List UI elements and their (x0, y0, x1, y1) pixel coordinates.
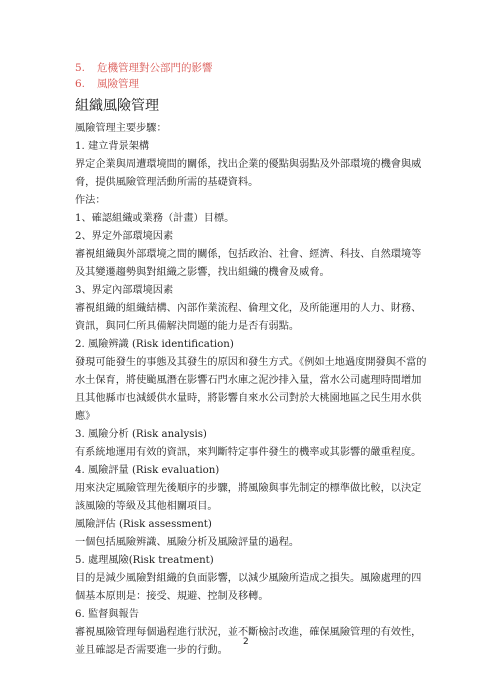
text-line: 審視組織的組織結構、內部作業流程、倫理文化，及所能運用的人力、財務、 (75, 300, 420, 318)
text-line: 1. 建立背景架構 (75, 138, 420, 156)
body-text: 風險管理主要步驟： 1. 建立背景架構 界定企業與周遭環境間的關係，找出企業的優… (75, 120, 420, 660)
text-line: 4. 風險評量 (Risk evaluation) (75, 462, 420, 480)
text-line: 審視組織與外部環境之間的關係，包括政治、社會、經濟、科技、自然環境等 (75, 246, 420, 264)
text-line: 作法： (75, 192, 420, 210)
text-line: 界定企業與周遭環境間的關係，找出企業的優點與弱點及外部環境的機會與威 (75, 156, 420, 174)
text-line: 2. 風險辨識 (Risk identification) (75, 336, 420, 354)
toc-number: 5. (75, 60, 97, 76)
text-line: 2、界定外部環境因素 (75, 228, 420, 246)
table-of-contents: 5.危機管理對公部門的影響 6.風險管理 (75, 60, 213, 92)
text-line: 目的是減少風險對組織的負面影響，以減少風險所造成之損失。風險處理的四 (75, 570, 420, 588)
section-heading: 組織風險管理 (75, 95, 159, 115)
text-line: 5. 處理風險(Risk treatment) (75, 552, 420, 570)
text-line: 個基本原則是：接受、規避、控制及移轉。 (75, 588, 420, 606)
text-line: 3、界定內部環境因素 (75, 282, 420, 300)
text-line: 一個包括風險辨識、風險分析及風險評量的過程。 (75, 534, 420, 552)
toc-label: 危機管理對公部門的影響 (97, 62, 213, 74)
text-line: 資訊，與同仁所具備解決問題的能力是否有弱點。 (75, 318, 420, 336)
page-number: 2 (243, 637, 249, 647)
toc-item-crisis-impact[interactable]: 5.危機管理對公部門的影響 (75, 60, 213, 76)
text-line: 水土保育，將使颱風潛在影響石門水庫之泥沙排入量，當水公司處理時間增加 (75, 372, 420, 390)
text-line: 應》 (75, 408, 420, 426)
text-line: 有系統地運用有效的資訊，來判斷特定事件發生的機率或其影響的嚴重程度。 (75, 444, 420, 462)
text-line: 3. 風險分析 (Risk analysis) (75, 426, 420, 444)
text-line: 及其變遷趨勢與對組織之影響，找出組織的機會及威脅。 (75, 264, 420, 282)
text-line: 用來決定風險管理先後順序的步驟，將風險與事先制定的標準做比較，以決定 (75, 480, 420, 498)
toc-number: 6. (75, 76, 97, 92)
text-line: 該風險的等級及其他相關項目。 (75, 498, 420, 516)
text-line: 6. 監督與報告 (75, 606, 420, 624)
document-page: 5.危機管理對公部門的影響 6.風險管理 組織風險管理 風險管理主要步驟： 1.… (0, 0, 494, 700)
toc-label: 風險管理 (97, 78, 139, 90)
text-line: 風險評估 (Risk assessment) (75, 516, 420, 534)
text-line: 且其他縣市也減緩供水量時，將影響自來水公司對於大桃園地區之民生用水供 (75, 390, 420, 408)
text-line: 1、確認組織或業務（計畫）目標。 (75, 210, 420, 228)
text-line: 脅，提供風險管理活動所需的基礎資料。 (75, 174, 420, 192)
text-line: 風險管理主要步驟： (75, 120, 420, 138)
toc-item-risk-management[interactable]: 6.風險管理 (75, 76, 213, 92)
text-line: 發現可能發生的事態及其發生的原因和發生方式。《例如土地過度開發與不當的 (75, 354, 420, 372)
